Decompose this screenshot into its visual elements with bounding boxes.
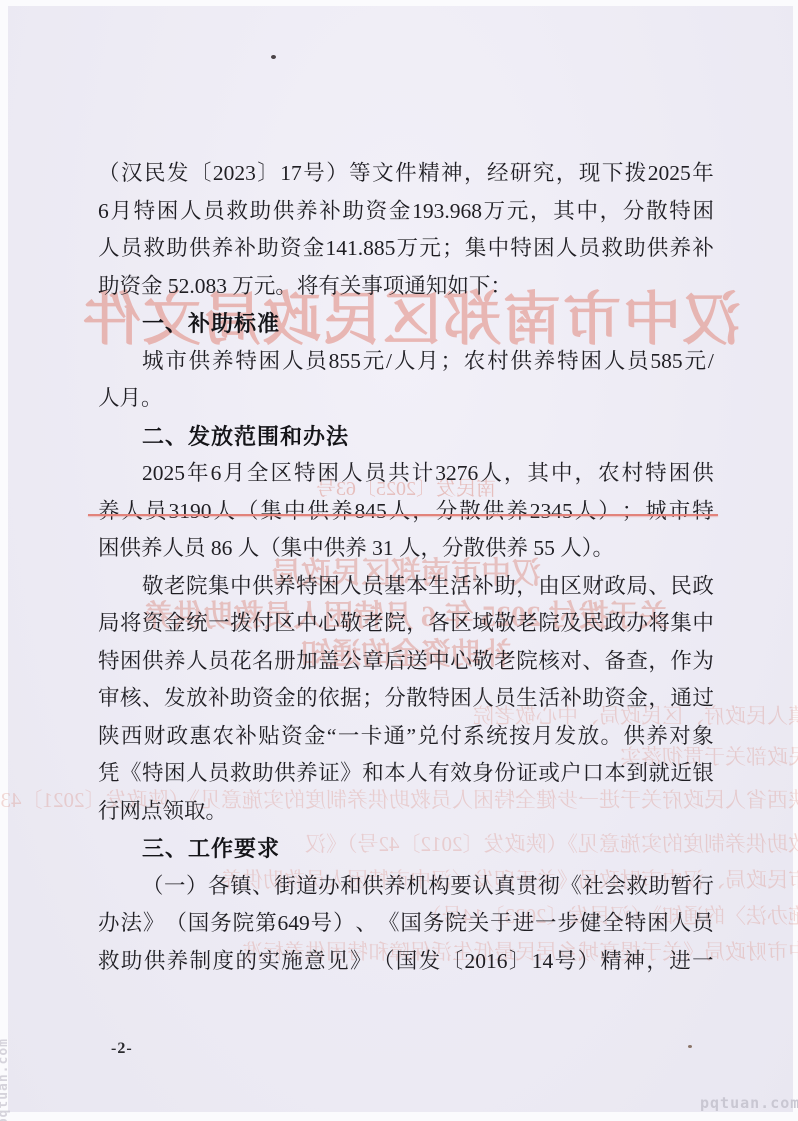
document-line: 助资金 52.083 万元。将有关事项通知如下：	[98, 268, 714, 306]
document-line: （汉民发〔2023〕17号）等文件精神，经研究，现下拨2025年	[98, 155, 714, 193]
scanned-document-page: { "colors": { "paper": "#edebf4", "ink":…	[0, 0, 798, 1121]
document-line: （一）各镇、街道办和供养机构要认真贯彻《社会救助暂行	[98, 868, 714, 906]
document-line: 三、工作要求	[98, 830, 714, 868]
page-number: -2-	[111, 1040, 133, 1058]
document-line: 局将资金统一拨付区中心敬老院，各区域敬老院及民政办将集中	[98, 605, 714, 643]
document-line: 养人员3190人（集中供养845人，分散供养2345人）；城市特	[98, 493, 714, 531]
document-line: 特困供养人员花名册加盖公章后送中心敬老院核对、备查，作为	[98, 643, 714, 681]
document-line: 行网点领取。	[98, 793, 714, 831]
document-line: 城市供养特困人员855元/人月；农村供养特困人员585元/	[98, 343, 714, 381]
document-line: 二、发放范围和办法	[98, 418, 714, 456]
watermark-bottom-right: pqtuan.com	[700, 1094, 798, 1112]
watermark-left-edge: pqtuan.com	[0, 1038, 11, 1121]
document-line: 办法》（国务院第649号）、《国务院关于进一步健全特困人员	[98, 905, 714, 943]
scan-speck	[688, 1045, 692, 1048]
document-line: 凭《特困人员救助供养证》和本人有效身份证或户口本到就近银	[98, 755, 714, 793]
document-line: 救助供养制度的实施意见》（国发〔2016〕14号）精神，进一	[98, 943, 714, 981]
document-line: 审核、发放补助资金的依据；分散特困人员生活补助资金，通过	[98, 680, 714, 718]
document-line: 2025年6月全区特困人员共计3276人，其中，农村特困供	[98, 455, 714, 493]
document-line: 敬老院集中供养特困人员基本生活补助，由区财政局、民政	[98, 568, 714, 606]
text-column: （汉民发〔2023〕17号）等文件精神，经研究，现下拨2025年6月特困人员救助…	[98, 155, 714, 980]
red-rule-line	[88, 514, 718, 516]
document-line: 人月。	[98, 380, 714, 418]
document-line: 困供养人员 86 人（集中供养 31 人，分散供养 55 人）。	[98, 530, 714, 568]
document-line: 6月特困人员救助供养补助资金193.968万元，其中，分散特困	[98, 193, 714, 231]
document-line: 一、补助标准	[98, 305, 714, 343]
document-line: 陕西财政惠农补贴资金“一卡通”兑付系统按月发放。供养对象	[98, 718, 714, 756]
document-line: 人员救助供养补助资金141.885万元；集中特困人员救助供养补	[98, 230, 714, 268]
scan-speck	[271, 55, 276, 59]
